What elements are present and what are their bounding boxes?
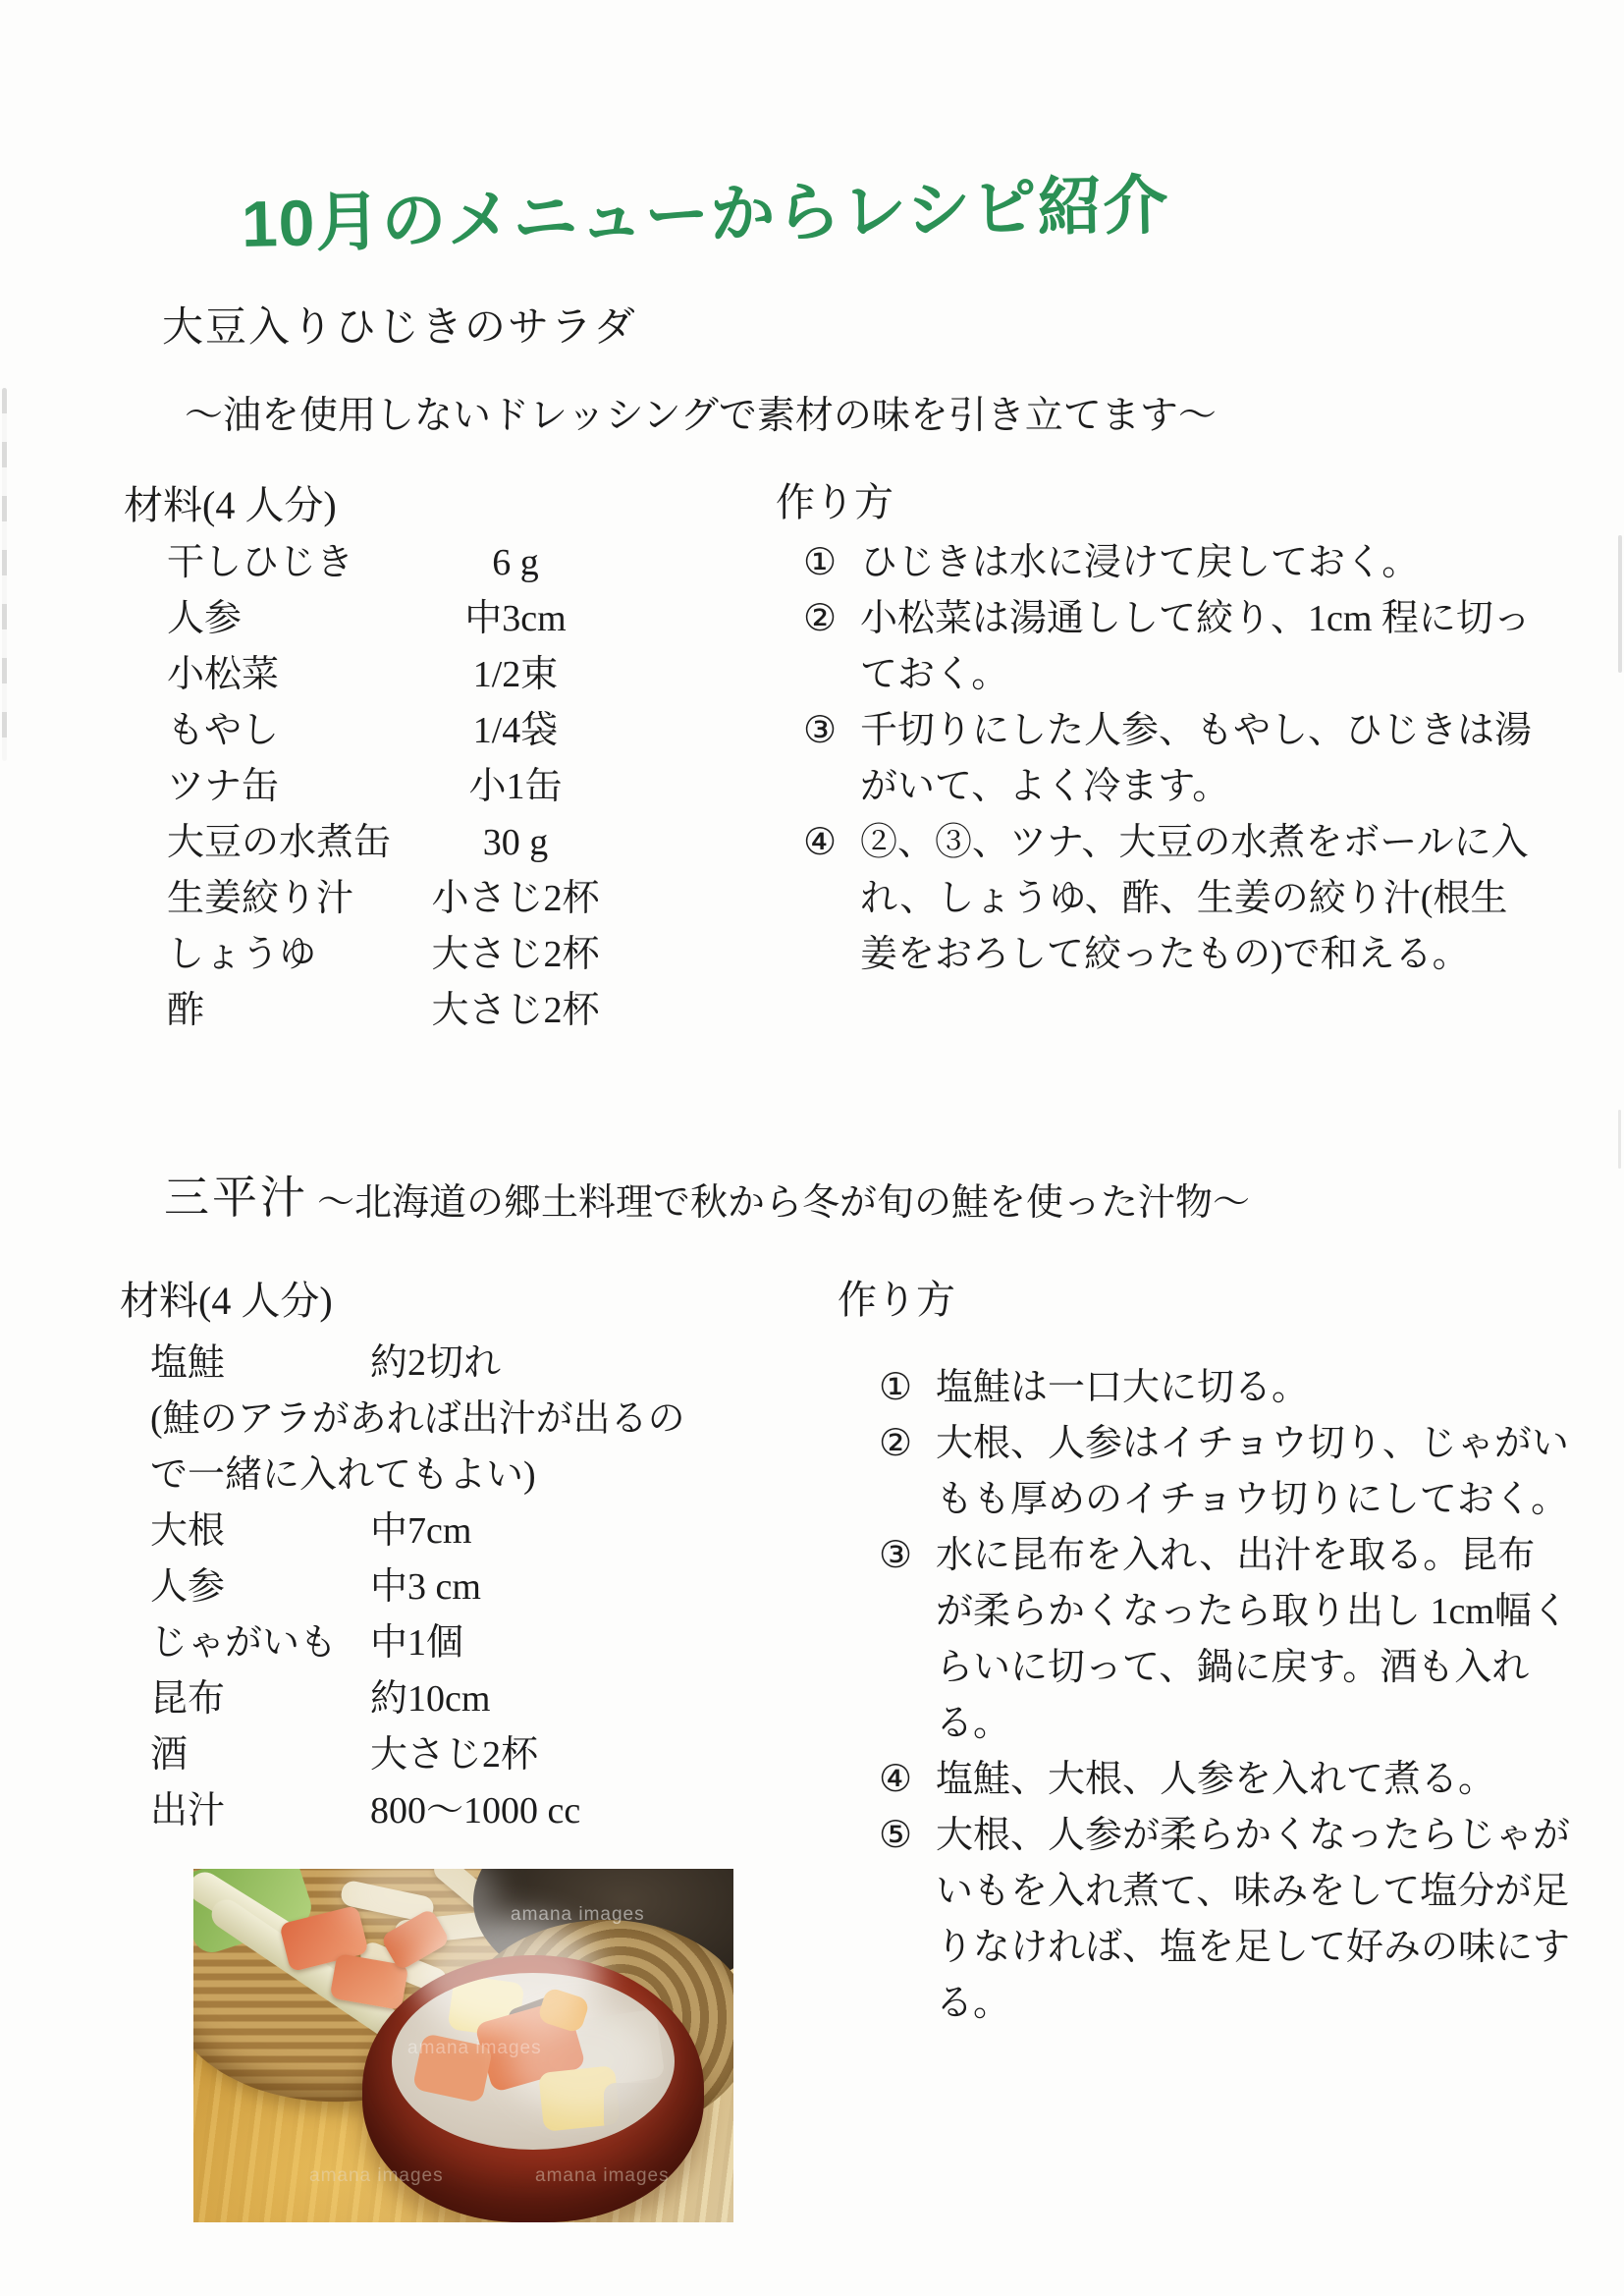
ingredient-name: 出汁 (150, 1783, 370, 1839)
step-number: ④ (803, 815, 860, 983)
step-text: 塩鮭は一口大に切る。 (936, 1360, 1572, 1416)
ingredient-amount: 約10cm (370, 1671, 710, 1727)
ingredient-amount: 1/4袋 (403, 703, 628, 759)
step-row: ④塩鮭、大根、人参を入れて煮る。 (879, 1752, 1572, 1808)
ingredient-row: 人参中3cm (167, 591, 638, 647)
step-number: ④ (879, 1752, 936, 1808)
recipe1-ingredients-header: 材料(4 人分) (124, 474, 337, 530)
ingredient-name: 塩鮭 (150, 1336, 370, 1392)
step-text: 塩鮭、大根、人参を入れて煮る。 (936, 1752, 1572, 1808)
ingredient-name: 人参 (150, 1559, 370, 1615)
ingredient-name: 昆布 (150, 1671, 370, 1727)
ingredient-row: じゃがいも中1個 (150, 1615, 710, 1671)
step-number: ② (803, 591, 860, 703)
ingredient-row: 大豆の水煮缶30 g (167, 815, 638, 871)
ingredient-amount: 小さじ2杯 (403, 871, 628, 927)
step-row: ⑤大根、人参が柔らかくなったらじゃがいもを入れ煮て、味みをして塩分が足りなければ… (879, 1808, 1572, 2032)
ingredient-name: 人参 (167, 591, 403, 647)
photo-watermark: amana images (535, 2165, 670, 2187)
ingredient-amount: 800～1000 cc (370, 1783, 710, 1839)
ingredient-name: 干しひじき (167, 535, 403, 591)
ingredient-row: 昆布約10cm (150, 1671, 710, 1727)
ingredient-name: ツナ缶 (167, 759, 403, 815)
ingredient-amount: 中1個 (370, 1615, 710, 1671)
photo-watermark: amana images (309, 2165, 444, 2187)
recipe1-step-list: ①ひじきは水に浸けて戻しておく。②小松菜は湯通しして絞り、1cm 程に切っておく… (803, 535, 1532, 983)
ingredient-row: ツナ缶小1缶 (167, 759, 638, 815)
ingredient-row: 出汁800～1000 cc (150, 1783, 710, 1839)
recipe2-steps-header: 作り方 (838, 1269, 955, 1325)
step-number: ③ (803, 703, 860, 815)
ingredient-row: 大根中7cm (150, 1503, 710, 1559)
ingredient-name: しょうゆ (167, 927, 403, 983)
recipe2-title: 三平汁 (164, 1162, 308, 1227)
recipe2-step-list: ①塩鮭は一口大に切る。②大根、人参はイチョウ切り、じゃがいもも厚めのイチョウ切り… (879, 1360, 1572, 2032)
ingredient-name: じゃがいも (150, 1615, 370, 1671)
ingredient-amount: 中3 cm (370, 1559, 710, 1615)
ingredient-amount: 中7cm (370, 1503, 710, 1559)
ingredient-row: 生姜絞り汁小さじ2杯 (167, 871, 638, 927)
step-text: ひじきは水に浸けて戻しておく。 (860, 535, 1532, 591)
scan-artifact (1618, 1110, 1621, 1169)
ingredient-row: 干しひじき6 g (167, 535, 638, 591)
step-text: 大根、人参が柔らかくなったらじゃがいもを入れ煮て、味みをして塩分が足りなければ、… (936, 1808, 1572, 2032)
step-number: ① (803, 535, 860, 591)
photo-watermark: amana images (511, 1904, 645, 1926)
recipe2-tagline: ～北海道の郷土料理で秋から冬が旬の鮭を使った汁物～ (317, 1172, 1250, 1226)
ingredient-name: 大豆の水煮缶 (167, 815, 403, 871)
step-row: ②大根、人参はイチョウ切り、じゃがいもも厚めのイチョウ切りにしておく。 (879, 1416, 1572, 1528)
step-row: ③水に昆布を入れ、出汁を取る。昆布が柔らかくなったら取り出し 1cm幅くらいに切… (879, 1528, 1572, 1752)
ingredient-row: 酢大さじ2杯 (167, 983, 638, 1039)
step-row: ③千切りにした人参、もやし、ひじきは湯がいて、よく冷ます。 (803, 703, 1532, 815)
recipe1-title: 大豆入りひじきのサラダ (162, 295, 637, 354)
recipe2-ingredient-list: 塩鮭約2切れ(鮭のアラがあれば出汁が出るので一緒に入れてもよい)大根中7cm人参… (150, 1336, 710, 1839)
step-number: ③ (879, 1528, 936, 1752)
ingredient-name: 小松菜 (167, 647, 403, 703)
ingredient-name: 大根 (150, 1503, 370, 1559)
ingredient-amount: 小1缶 (403, 759, 628, 815)
step-row: ①塩鮭は一口大に切る。 (879, 1360, 1572, 1416)
ingredient-row: 酒大さじ2杯 (150, 1727, 710, 1783)
ingredient-row: しょうゆ大さじ2杯 (167, 927, 638, 983)
ingredient-row: 塩鮭約2切れ (150, 1336, 710, 1392)
step-text: 水に昆布を入れ、出汁を取る。昆布が柔らかくなったら取り出し 1cm幅くらいに切っ… (936, 1528, 1572, 1752)
ingredient-amount: 30 g (403, 815, 628, 871)
step-row: ①ひじきは水に浸けて戻しておく。 (803, 535, 1532, 591)
scan-artifact (1618, 535, 1622, 673)
ingredient-amount: 約2切れ (370, 1336, 710, 1392)
step-text: ②、③、ツナ、大豆の水煮をボールに入れ、しょうゆ、酢、生姜の絞り汁(根生姜をおろ… (860, 815, 1532, 983)
ingredient-note: (鮭のアラがあれば出汁が出るので一緒に入れてもよい) (150, 1392, 710, 1503)
step-number: ① (879, 1360, 936, 1416)
ingredient-amount: 大さじ2杯 (370, 1727, 710, 1783)
ingredient-amount: 1/2束 (403, 647, 628, 703)
recipe1-ingredient-list: 干しひじき6 g人参中3cm小松菜1/2束もやし1/4袋ツナ缶小1缶大豆の水煮缶… (167, 535, 638, 1039)
ingredient-row: 小松菜1/2束 (167, 647, 638, 703)
step-number: ② (879, 1416, 936, 1528)
ingredient-name: 酒 (150, 1727, 370, 1783)
step-number: ⑤ (879, 1808, 936, 2032)
step-row: ④②、③、ツナ、大豆の水煮をボールに入れ、しょうゆ、酢、生姜の絞り汁(根生姜をお… (803, 815, 1532, 983)
step-row: ②小松菜は湯通しして絞り、1cm 程に切っておく。 (803, 591, 1532, 703)
ingredient-name: 生姜絞り汁 (167, 871, 403, 927)
steam (508, 2006, 655, 2114)
recipe1-steps-header: 作り方 (776, 471, 893, 527)
photo-watermark: amana images (407, 2038, 542, 2059)
step-text: 大根、人参はイチョウ切り、じゃがいもも厚めのイチョウ切りにしておく。 (936, 1416, 1572, 1528)
ingredient-row: もやし1/4袋 (167, 703, 638, 759)
recipe2-ingredients-header: 材料(4 人分) (120, 1270, 333, 1326)
ingredient-name: もやし (167, 703, 403, 759)
ingredient-name: 酢 (167, 983, 403, 1039)
step-text: 千切りにした人参、もやし、ひじきは湯がいて、よく冷ます。 (860, 703, 1532, 815)
sanpeijiru-photo: amana images amana images amana images a… (193, 1869, 733, 2222)
ingredient-row: 人参中3 cm (150, 1559, 710, 1615)
ingredient-amount: 大さじ2杯 (403, 983, 628, 1039)
ingredient-amount: 6 g (403, 535, 628, 591)
ingredient-amount: 大さじ2杯 (403, 927, 628, 983)
page-title: 10月のメニューからレシピ紹介 (241, 169, 1169, 259)
scan-artifact (2, 388, 7, 761)
recipe-flyer-page: 10月のメニューからレシピ紹介 大豆入りひじきのサラダ ～油を使用しないドレッシ… (0, 0, 1624, 2296)
recipe1-tagline: ～油を使用しないドレッシングで素材の味を引き立てます～ (185, 385, 1217, 440)
ingredient-amount: 中3cm (403, 591, 628, 647)
step-text: 小松菜は湯通しして絞り、1cm 程に切っておく。 (860, 591, 1532, 703)
